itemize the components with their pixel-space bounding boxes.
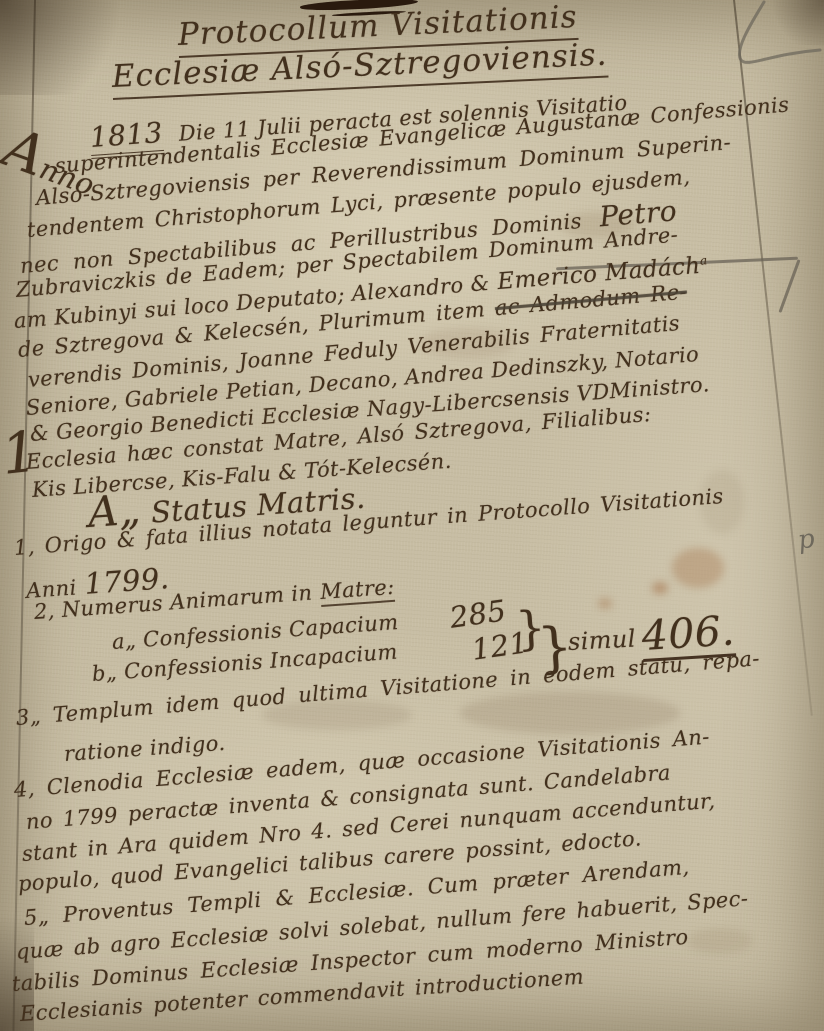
- stain: [598, 598, 612, 609]
- value-capacium: 285: [448, 596, 508, 633]
- pencil-slash-mark: [778, 259, 800, 312]
- stain: [460, 692, 680, 734]
- manuscript-line: ratione indigo.: [63, 733, 226, 765]
- simul-label: simul: [567, 626, 636, 654]
- pencil-flourish-mark: [712, 0, 824, 72]
- matre-underlined: Matre:: [319, 575, 395, 607]
- superscript-mark: a: [699, 253, 708, 268]
- stain: [672, 548, 724, 588]
- top-right-edge-shadow: [764, 0, 824, 45]
- stain: [652, 582, 668, 594]
- value-incapacium: 121: [470, 628, 530, 665]
- manuscript-page: p Protocollum Visitationis Ecclesiæ Alsó…: [0, 0, 824, 1031]
- pencil-margin-letter: p: [796, 526, 816, 554]
- stain: [688, 928, 752, 954]
